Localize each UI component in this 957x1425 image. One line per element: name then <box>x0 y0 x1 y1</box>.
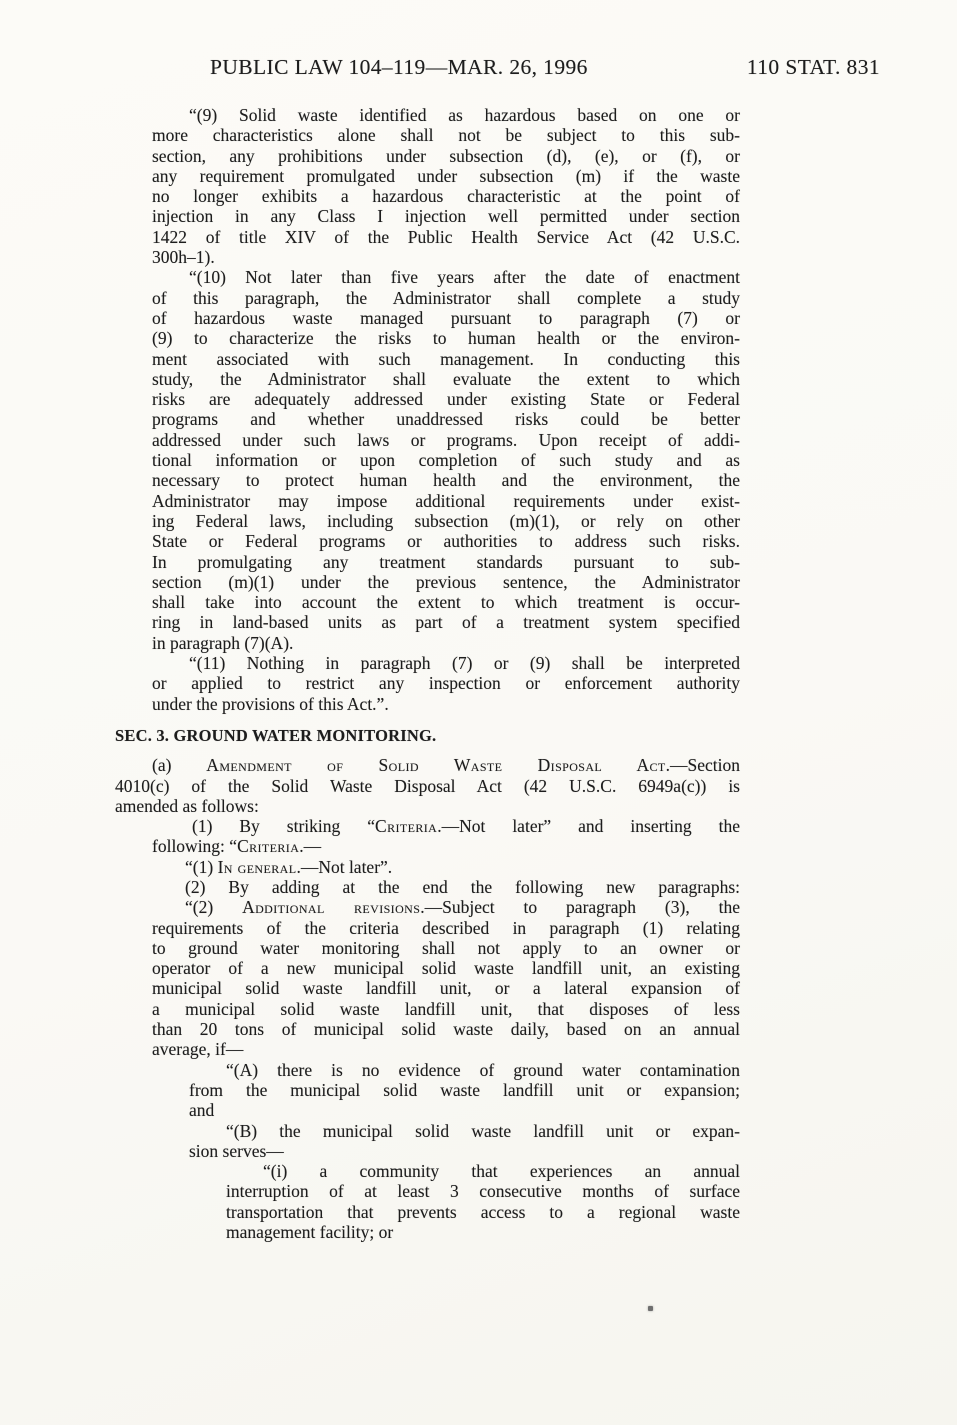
quoted-paragraph-1-in-general: “(1) In general.—Not later”. <box>152 857 740 877</box>
text-line: “(9) Solid waste identified as hazardous… <box>152 105 740 125</box>
text-line: of this paragraph, the Administrator sha… <box>152 288 740 308</box>
text-line: addressed under such laws or programs. U… <box>152 430 740 450</box>
text-line: to ground water monitoring shall not app… <box>152 938 740 958</box>
text-line: management facility; or <box>226 1222 740 1242</box>
text-line: any requirement promulgated under subsec… <box>152 166 740 186</box>
statute-page-number: 110 STAT. 831 <box>747 55 880 80</box>
text-line: State or Federal programs or authorities… <box>152 531 740 551</box>
text-line: and <box>189 1100 740 1120</box>
amendment-clause-1: (1) By striking “Criteria.—Not later” an… <box>152 816 740 857</box>
text-line: 1422 of title XIV of the Public Health S… <box>152 227 740 247</box>
text-line: ring in land-based units as part of a tr… <box>152 612 740 632</box>
text-line: sion serves— <box>189 1141 740 1161</box>
text-line: (1) By striking “Criteria.—Not later” an… <box>152 816 740 836</box>
text-line: a municipal solid waste landfill unit, t… <box>152 999 740 1019</box>
text-line: ment associated with such management. In… <box>152 349 740 369</box>
text-line: “(A) there is no evidence of ground wate… <box>189 1060 740 1080</box>
text-line: tional information or upon completion of… <box>152 450 740 470</box>
text-line: (2) By adding at the end the following n… <box>152 877 740 897</box>
text-line: injection in any Class I injection well … <box>152 206 740 226</box>
text-line: in paragraph (7)(A). <box>152 633 740 653</box>
text-line: “(10) Not later than five years after th… <box>152 267 740 287</box>
text-line: more characteristics alone shall not be … <box>152 125 740 145</box>
text-line: study, the Administrator shall evaluate … <box>152 369 740 389</box>
statute-text-column: “(9) Solid waste identified as hazardous… <box>115 105 740 1242</box>
text-line: than 20 tons of municipal solid waste da… <box>152 1019 740 1039</box>
amendment-clause-2: (2) By adding at the end the following n… <box>152 877 740 897</box>
text-line: 4010(c) of the Solid Waste Disposal Act … <box>115 776 740 796</box>
text-line: section, any prohibitions under subsecti… <box>152 146 740 166</box>
law-title: PUBLIC LAW 104–119—MAR. 26, 1996 <box>210 55 588 80</box>
page-header: PUBLIC LAW 104–119—MAR. 26, 1996 110 STA… <box>0 55 957 83</box>
clause-i: “(i) a community that experiences an ann… <box>226 1161 740 1242</box>
text-line: municipal solid waste landfill unit, or … <box>152 978 740 998</box>
text-line: (9) to characterize the risks to human h… <box>152 328 740 348</box>
text-line: “(11) Nothing in paragraph (7) or (9) sh… <box>152 653 740 673</box>
paragraph-11: “(11) Nothing in paragraph (7) or (9) sh… <box>152 653 740 714</box>
text-line: “(i) a community that experiences an ann… <box>226 1161 740 1181</box>
text-line: shall take into account the extent to wh… <box>152 592 740 612</box>
text-line: (a) Amendment of Solid Waste Disposal Ac… <box>115 755 740 775</box>
text-line: or applied to restrict any inspection or… <box>152 673 740 693</box>
ink-speck-artifact <box>648 1306 653 1311</box>
quoted-paragraph-2-additional-revisions: “(2) Additional revisions.—Subject to pa… <box>152 897 740 1059</box>
text-line: requirements of the criteria described i… <box>152 918 740 938</box>
text-line: ing Federal laws, including subsection (… <box>152 511 740 531</box>
text-line: operator of a new municipal solid waste … <box>152 958 740 978</box>
text-line: amended as follows: <box>115 796 740 816</box>
subparagraph-B: “(B) the municipal solid waste landfill … <box>189 1121 740 1162</box>
text-line: “(2) Additional revisions.—Subject to pa… <box>152 897 740 917</box>
text-line: of hazardous waste managed pursuant to p… <box>152 308 740 328</box>
text-line: no longer exhibits a hazardous character… <box>152 186 740 206</box>
text-line: 300h–1). <box>152 247 740 267</box>
text-line: under the provisions of this Act.”. <box>152 694 740 714</box>
text-line: “(1) In general.—Not later”. <box>152 857 740 877</box>
subsection-a-paragraph: (a) Amendment of Solid Waste Disposal Ac… <box>115 755 740 816</box>
text-line: following: “Criteria.— <box>152 836 740 856</box>
text-line: “(B) the municipal solid waste landfill … <box>189 1121 740 1141</box>
document-page: PUBLIC LAW 104–119—MAR. 26, 1996 110 STA… <box>0 0 957 1425</box>
paragraph-9: “(9) Solid waste identified as hazardous… <box>152 105 740 267</box>
section-3-heading: SEC. 3. GROUND WATER MONITORING. <box>115 726 740 746</box>
subparagraph-A: “(A) there is no evidence of ground wate… <box>189 1060 740 1121</box>
paragraph-10: “(10) Not later than five years after th… <box>152 267 740 653</box>
text-line: necessary to protect human health and th… <box>152 470 740 490</box>
text-line: from the municipal solid waste landfill … <box>189 1080 740 1100</box>
text-line: section (m)(1) under the previous senten… <box>152 572 740 592</box>
text-line: transportation that prevents access to a… <box>226 1202 740 1222</box>
text-line: average, if— <box>152 1039 740 1059</box>
text-line: risks are adequately addressed under exi… <box>152 389 740 409</box>
text-line: In promulgating any treatment standards … <box>152 552 740 572</box>
text-line: programs and whether unaddressed risks c… <box>152 409 740 429</box>
text-line: interruption of at least 3 consecutive m… <box>226 1181 740 1201</box>
text-line: Administrator may impose additional requ… <box>152 491 740 511</box>
